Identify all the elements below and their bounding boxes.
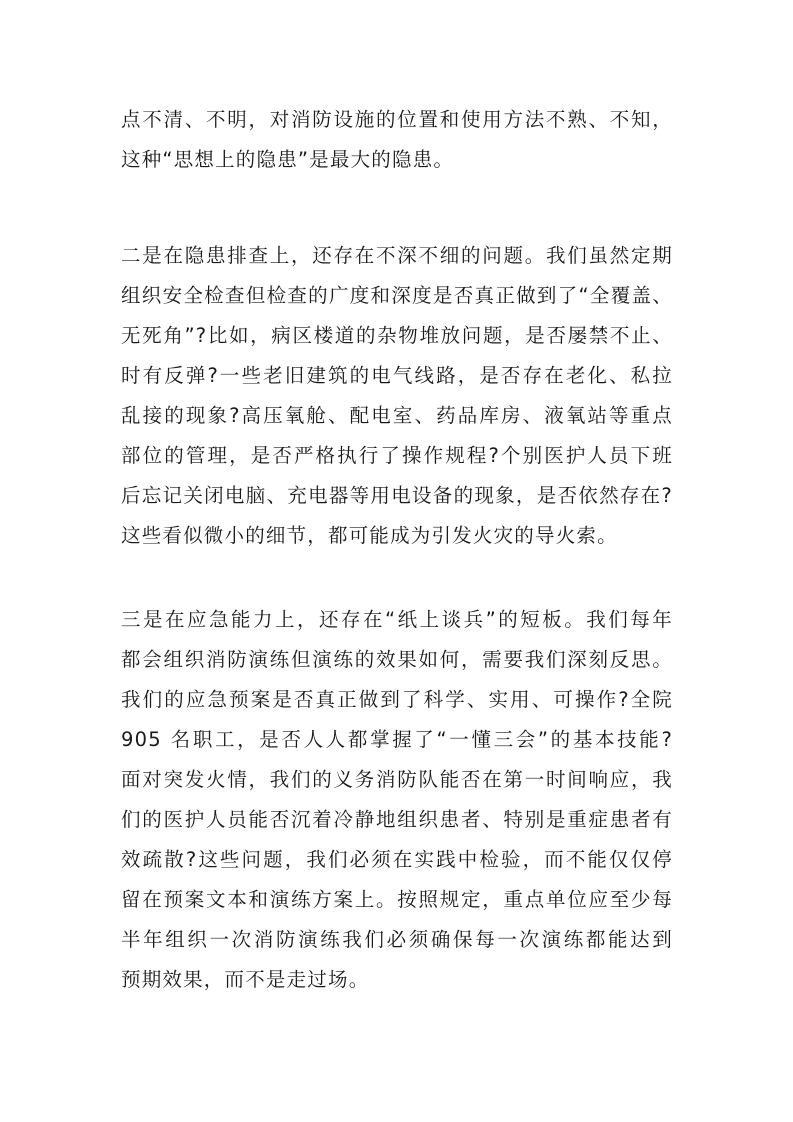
paragraph-line: 点不清、不明，对消防设施的位置和使用方法不熟、不知， [121,100,673,140]
paragraph-line: 半年组织一次消防演练我们必须确保每一次演练都能达到 [121,920,673,960]
paragraph-line: 时有反弹?一些老旧建筑的电气线路，是否存在老化、私拉 [121,356,673,396]
paragraph-line: 都会组织消防演练但演练的效果如何，需要我们深刻反思。 [121,640,673,680]
paragraph-line: 预期效果，而不是走过场。 [121,960,369,1000]
paragraph-line: 无死角”?比如，病区楼道的杂物堆放问题，是否屡禁不止、 [121,316,673,356]
paragraph-line: 组织安全检查但检查的广度和深度是否真正做到了“全覆盖、 [121,276,673,316]
paragraph-line: 这种“思想上的隐患”是最大的隐患。 [121,140,454,180]
paragraph-line: 面对突发火情，我们的义务消防队能否在第一时间响应，我 [121,760,673,800]
paragraph-line: 这些看似微小的细节，都可能成为引发火灾的导火索。 [121,516,618,556]
paragraph-line: 后忘记关闭电脑、充电器等用电设备的现象，是否依然存在? [121,476,673,516]
paragraph-line: 乱接的现象?高压氧舱、配电室、药品库房、液氧站等重点 [121,396,673,436]
paragraph-line: 三是在应急能力上，还存在“纸上谈兵”的短板。我们每年 [121,600,673,640]
paragraph-line: 我们的应急预案是否真正做到了科学、实用、可操作?全院 [121,680,673,720]
paragraph-line: 905 名职工，是否人人都掌握了“一懂三会”的基本技能? [121,720,673,760]
paragraph-line: 二是在隐患排查上，还存在不深不细的问题。我们虽然定期 [121,236,673,276]
paragraph-line: 们的医护人员能否沉着冷静地组织患者、特别是重症患者有 [121,800,673,840]
paragraph-line: 部位的管理，是否严格执行了操作规程?个别医护人员下班 [121,436,673,476]
paragraph-line: 留在预案文本和演练方案上。按照规定，重点单位应至少每 [121,880,673,920]
paragraph-line: 效疏散?这些问题，我们必须在实践中检验，而不能仅仅停 [121,840,673,880]
